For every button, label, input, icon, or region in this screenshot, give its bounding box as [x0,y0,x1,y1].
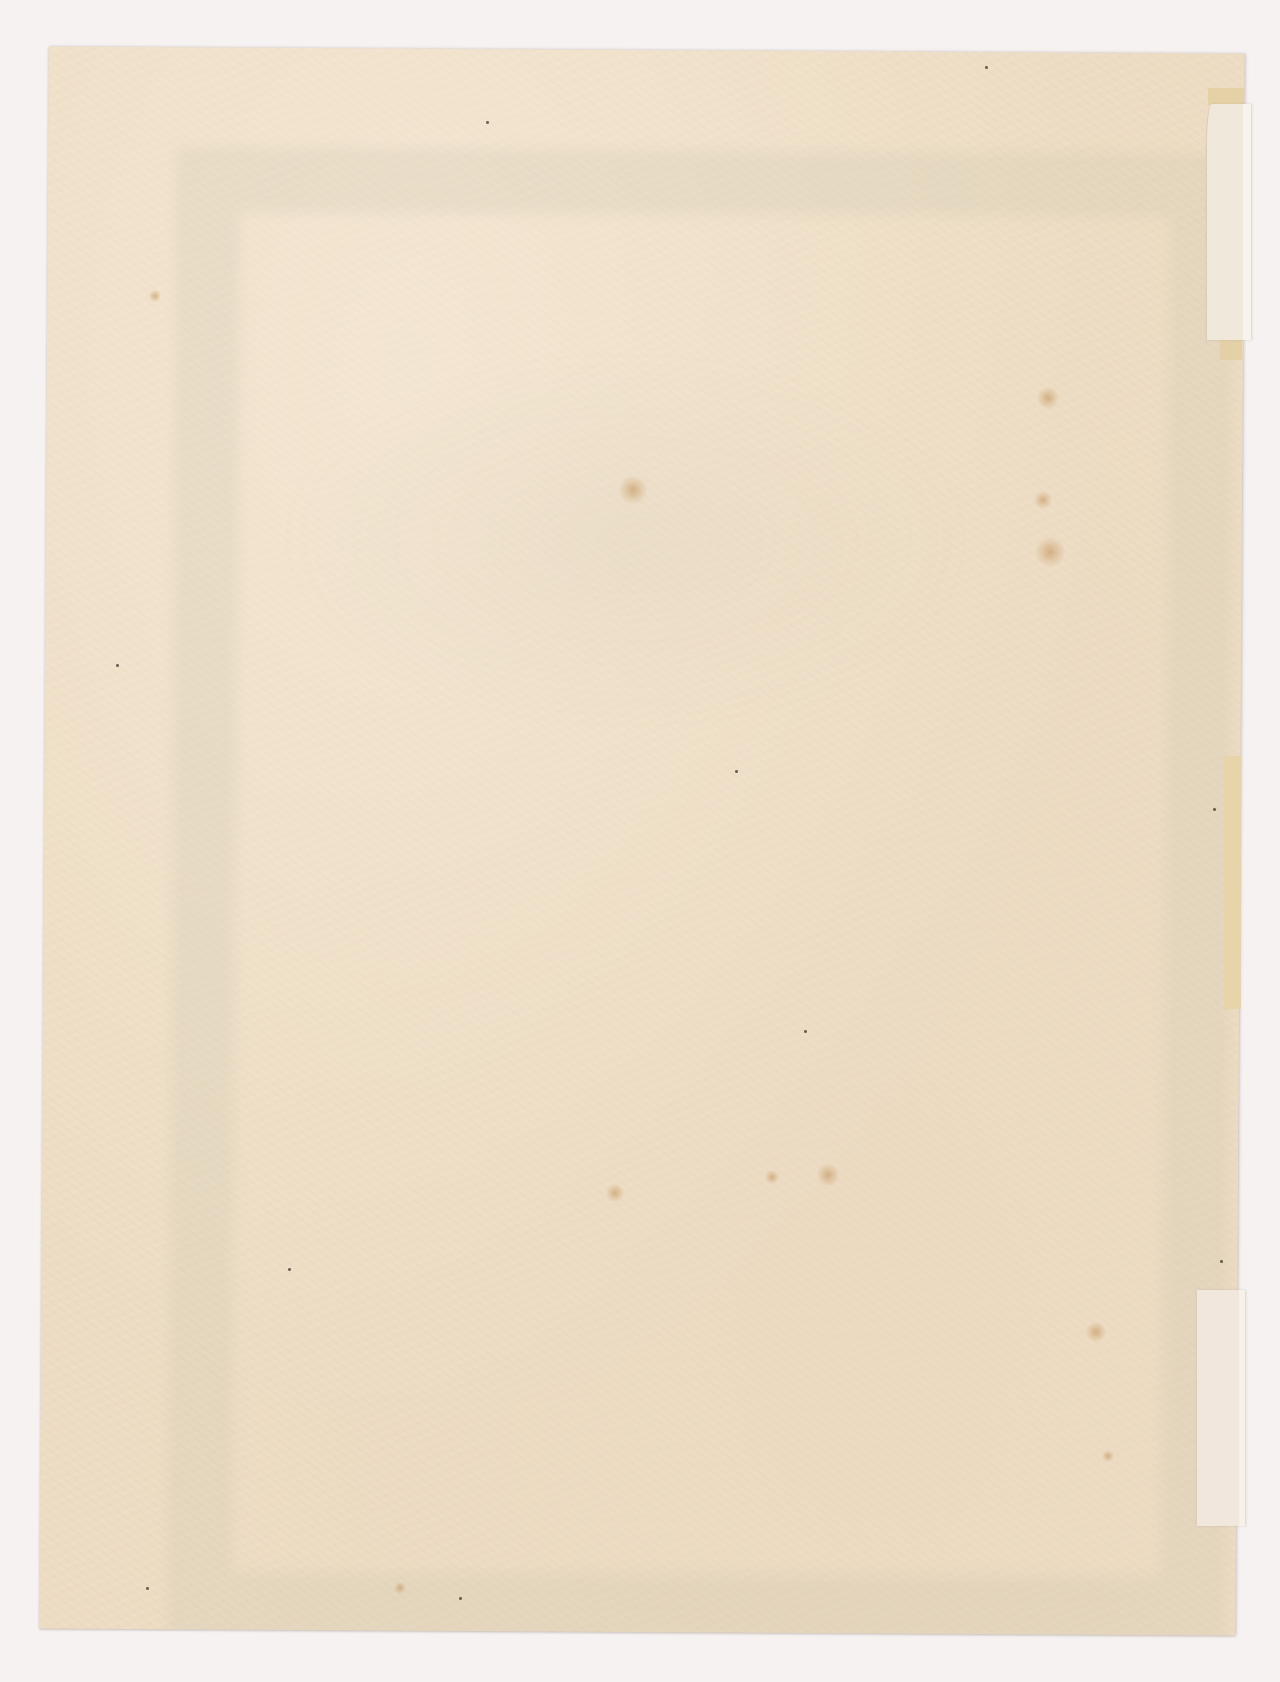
dust-speck [1220,1260,1223,1263]
tape-top-yellow-under [1220,340,1242,360]
tape-bottom-white-hinge [1196,1290,1245,1526]
dust-speck [804,1030,807,1033]
tape-top-white-hinge [1206,104,1251,340]
dust-speck [146,1587,149,1590]
foxing-spot [1086,1322,1106,1342]
foxing-spot [149,290,161,302]
foxing-spot [619,476,647,504]
foxing-spot [817,1164,839,1186]
foxing-spot [1037,387,1059,409]
foxing-spot [394,1582,406,1594]
dust-speck [1213,808,1216,811]
foxing-spot [1035,537,1065,567]
tape-top-yellow-tab [1208,88,1244,105]
scan-background [0,0,1280,1682]
dust-speck [459,1597,462,1600]
foxing-spot [606,1184,624,1202]
dust-speck [288,1268,291,1271]
dust-speck [985,66,988,69]
paper-sheet [39,46,1244,1635]
dust-speck [116,664,119,667]
ghost-image-impression [275,348,977,732]
foxing-spot [1102,1450,1114,1462]
dust-speck [486,121,489,124]
dust-speck [735,770,738,773]
foxing-spot [765,1170,779,1184]
tape-middle-yellow-strip [1224,756,1241,1009]
foxing-spot [1034,491,1052,509]
